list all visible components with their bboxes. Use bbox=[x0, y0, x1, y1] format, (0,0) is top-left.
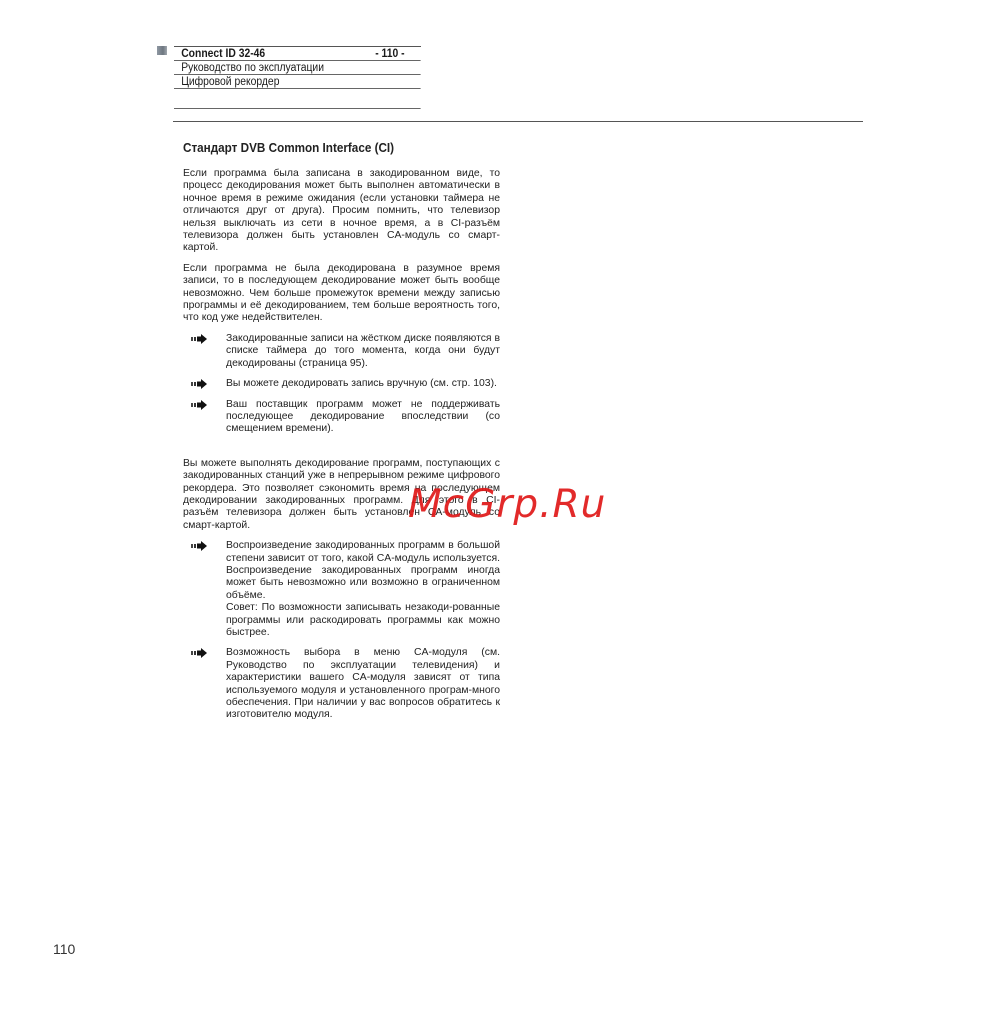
arrow-right-icon bbox=[191, 379, 207, 389]
tip-text: Совет: По возможности записывать незакод… bbox=[226, 602, 500, 639]
bullet-text: Вы можете декодировать запись вручную (с… bbox=[226, 378, 497, 389]
header-chapter-row: Цифровой рекордер bbox=[174, 75, 421, 89]
header-product-row: Connect ID 32-46 - 110 - bbox=[174, 47, 421, 61]
header-subtitle-row: Руководство по эксплуатации bbox=[174, 61, 421, 75]
arrow-right-icon bbox=[191, 648, 207, 658]
bullet-text: Возможность выбора в меню CA-модуля (см.… bbox=[226, 647, 500, 720]
bullet-item: Воспроизведение закодированных программ … bbox=[183, 540, 500, 639]
bullet-item: Ваш поставщик программ может не поддержи… bbox=[183, 399, 500, 436]
bullet-item: Вы можете декодировать запись вручную (с… bbox=[183, 378, 500, 390]
section-content: Стандарт DVB Common Interface (CI) Если … bbox=[183, 140, 500, 730]
arrow-right-icon bbox=[191, 400, 207, 410]
manual-title: Руководство по эксплуатации bbox=[181, 61, 324, 74]
arrow-right-icon bbox=[191, 541, 207, 551]
chapter-title: Цифровой рекордер bbox=[181, 75, 279, 88]
bullet-text: Закодированные записи на жёстком диске п… bbox=[226, 333, 500, 369]
section-title: Стандарт DVB Common Interface (CI) bbox=[183, 140, 468, 156]
page-number: 110 bbox=[53, 941, 75, 957]
bullet-text: Ваш поставщик программ может не поддержи… bbox=[226, 399, 500, 435]
spacer bbox=[183, 444, 500, 458]
page-marker: - 110 - bbox=[375, 47, 421, 60]
arrow-right-icon bbox=[191, 334, 207, 344]
header-square-icon bbox=[157, 46, 167, 55]
section-divider bbox=[173, 121, 863, 122]
header-empty-row bbox=[174, 89, 421, 109]
document-header: Connect ID 32-46 - 110 - Руководство по … bbox=[174, 46, 421, 109]
paragraph: Если программа была записана в закодиров… bbox=[183, 168, 500, 255]
watermark: McGrp.Ru bbox=[408, 482, 606, 527]
bullet-item: Закодированные записи на жёстком диске п… bbox=[183, 333, 500, 370]
paragraph: Если программа не была декодирована в ра… bbox=[183, 263, 500, 325]
bullet-item: Возможность выбора в меню CA-модуля (см.… bbox=[183, 647, 500, 721]
bullet-text: Воспроизведение закодированных программ … bbox=[226, 540, 500, 601]
product-name: Connect ID 32-46 bbox=[181, 47, 265, 60]
